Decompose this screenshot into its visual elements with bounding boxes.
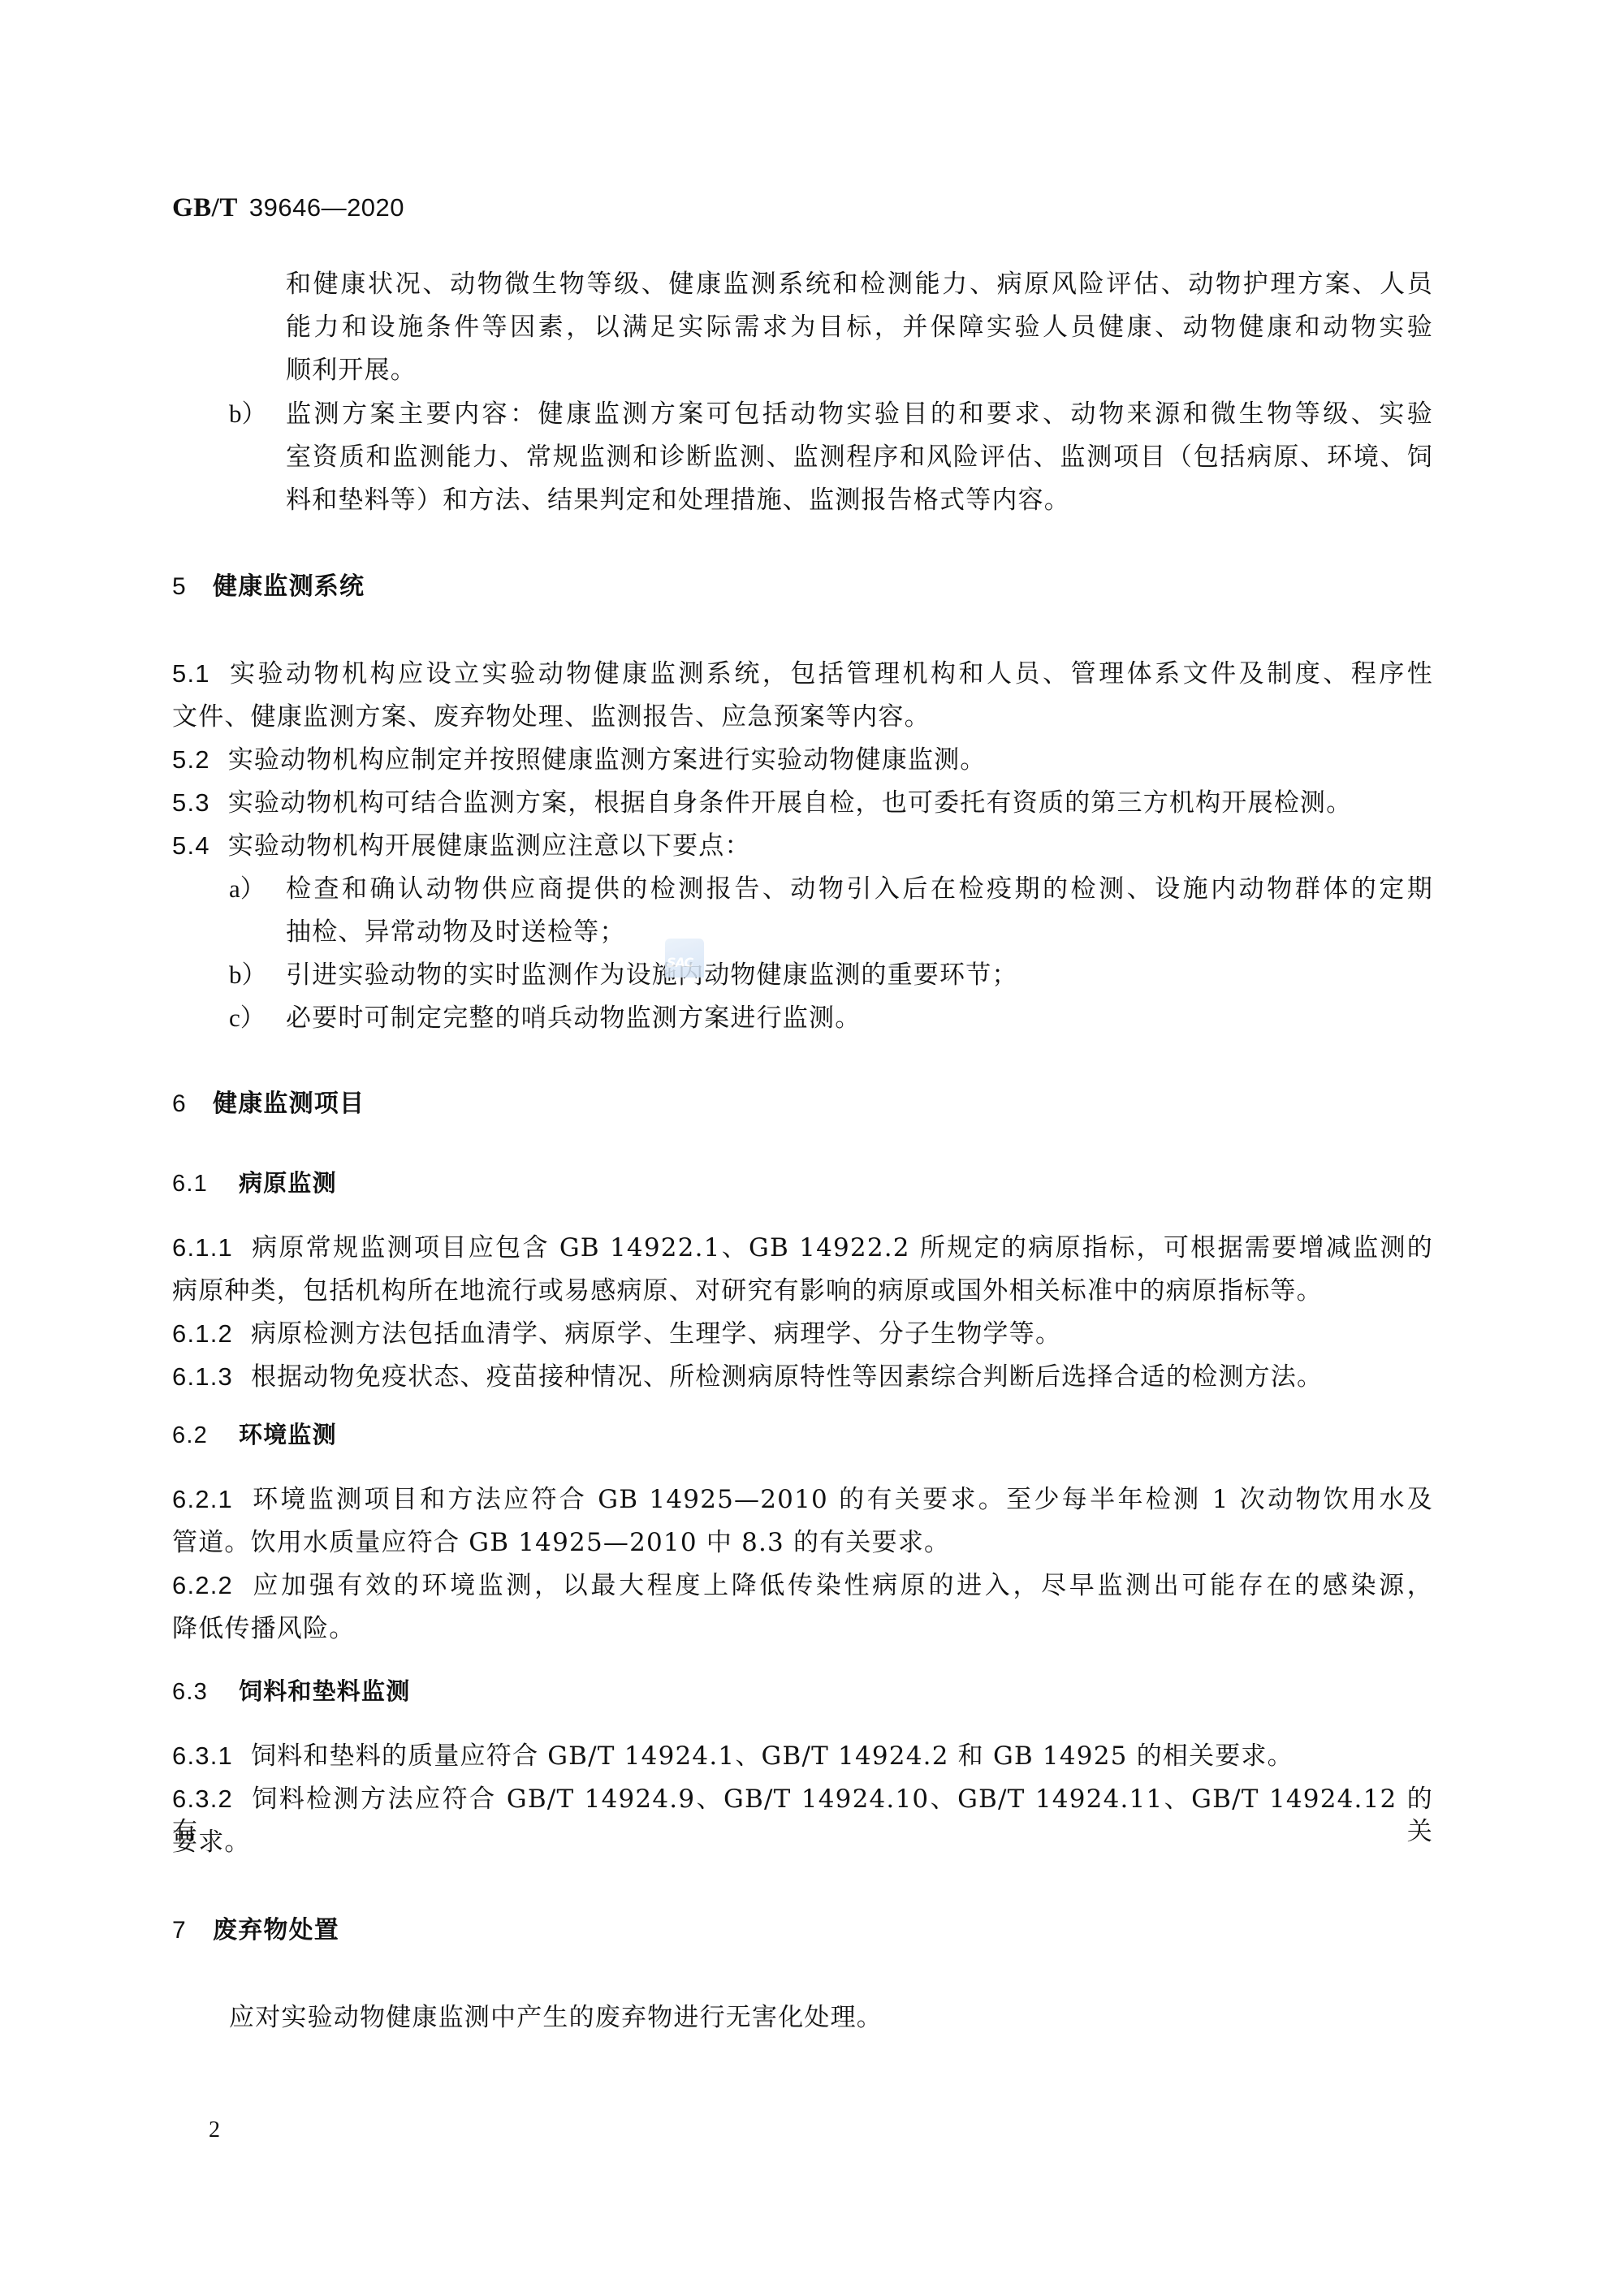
clause-number: 6.2.1 [172, 1483, 233, 1516]
clause-number: 6.3.1 [172, 1740, 233, 1772]
clause-6-1-1: 6.1.1病原常规监测项目应包含 GB 14922.1、GB 14922.2 所… [172, 1232, 1433, 1264]
clause-text: 饲料检测方法应符合 GB/T 14924.9、GB/T 14924.10、GB/… [172, 1785, 1433, 1846]
clause-text: 应加强有效的环境监测，以最大程度上降低传染性病原的进入，尽早监测出可能存在的感染… [251, 1571, 1433, 1600]
section-title: 健康监测项目 [213, 1090, 365, 1118]
section-title: 健康监测系统 [213, 572, 365, 601]
clause-number: 5.1 [172, 658, 210, 690]
clause-text: 病原常规监测项目应包含 GB 14922.1、GB 14922.2 所规定的病原… [251, 1233, 1433, 1262]
list-item-line: 检查和确认动物供应商提供的检测报告、动物引入后在检疫期的检测、设施内动物群体的定… [286, 873, 1433, 905]
list-item-line: 室资质和监测能力、常规监测和诊断监测、监测程序和风险评估、监测项目（包括病原、环… [286, 441, 1433, 473]
subsection-heading-6-1: 6.1病原监测 [172, 1167, 337, 1200]
subsection-title: 病原监测 [239, 1169, 337, 1197]
subsection-title: 环境监测 [239, 1421, 337, 1448]
subsection-number: 6.3 [172, 1676, 239, 1708]
list-marker: c） [229, 1002, 266, 1034]
list-item-line: 抽检、异常动物及时送检等； [286, 916, 626, 948]
clause-6-2-2: 6.2.2应加强有效的环境监测，以最大程度上降低传染性病原的进入，尽早监测出可能… [172, 1569, 1433, 1602]
clause-text: 根据动物免疫状态、疫苗接种情况、所检测病原特性等因素综合判断后选择合适的检测方法… [251, 1362, 1323, 1392]
section-number: 7 [172, 1914, 213, 1947]
clause-6-2-2-cont: 降低传播风险。 [172, 1612, 355, 1645]
list-item-line: 引进实验动物的实时监测作为设施内动物健康监测的重要环节； [286, 959, 1018, 991]
subsection-heading-6-3: 6.3饲料和垫料监测 [172, 1675, 410, 1708]
clause-text: 饲料和垫料的质量应符合 GB/T 14924.1、GB/T 14924.2 和 … [251, 1741, 1294, 1771]
continuation-line: 顺利开展。 [286, 354, 417, 386]
clause-text: 病原检测方法包括血清学、病原学、生理学、病理学、分子生物学等。 [251, 1319, 1061, 1349]
clause-number: 6.3.2 [172, 1783, 233, 1815]
clause-6-2-1: 6.2.1环境监测项目和方法应符合 GB 14925—2010 的有关要求。至少… [172, 1483, 1433, 1516]
clause-6-2-1-cont: 管道。饮用水质量应符合 GB 14925—2010 中 8.3 的有关要求。 [172, 1526, 950, 1559]
section-number: 6 [172, 1088, 213, 1120]
clause-5-3: 5.3实验动物机构可结合监测方案，根据自身条件开展自检，也可委托有资质的第三方机… [172, 787, 1352, 819]
clause-text: 环境监测项目和方法应符合 GB 14925—2010 的有关要求。至少每半年检测… [251, 1485, 1433, 1514]
document-page: GB/T39646—2020 和健康状况、动物微生物等级、健康监测系统和检测能力… [0, 0, 1624, 2296]
subsection-heading-6-2: 6.2环境监测 [172, 1418, 337, 1452]
clause-text: 实验动物机构可结合监测方案，根据自身条件开展自检，也可委托有资质的第三方机构开展… [228, 788, 1353, 818]
clause-number: 5.4 [172, 830, 210, 862]
standard-prefix: GB/T [172, 193, 238, 222]
clause-number: 6.1.2 [172, 1318, 233, 1350]
watermark-logo: SAC [665, 939, 704, 978]
list-item-line: 监测方案主要内容：健康监测方案可包括动物实验目的和要求、动物来源和微生物等级、实… [286, 398, 1433, 430]
clause-5-4: 5.4实验动物机构开展健康监测应注意以下要点： [172, 830, 751, 862]
clause-6-1-2: 6.1.2病原检测方法包括血清学、病原学、生理学、病理学、分子生物学等。 [172, 1318, 1061, 1350]
section-title: 废弃物处置 [213, 1916, 339, 1944]
list-item-line: 料和垫料等）和方法、结果判定和处理措施、监测报告格式等内容。 [286, 484, 1070, 516]
standard-number: 39646—2020 [249, 193, 404, 222]
standard-header: GB/T39646—2020 [172, 193, 404, 223]
page-number: 2 [209, 2117, 220, 2143]
section-heading-6: 6健康监测项目 [172, 1088, 365, 1120]
list-marker: b） [229, 398, 267, 430]
clause-5-2: 5.2实验动物机构应制定并按照健康监测方案进行实验动物健康监测。 [172, 744, 987, 776]
clause-number: 5.3 [172, 787, 210, 819]
section-heading-5: 5健康监测系统 [172, 571, 365, 603]
clause-6-1-3: 6.1.3根据动物免疫状态、疫苗接种情况、所检测病原特性等因素综合判断后选择合适… [172, 1361, 1323, 1393]
list-marker: b） [229, 959, 267, 991]
continuation-line: 和健康状况、动物微生物等级、健康监测系统和检测能力、病原风险评估、动物护理方案、… [286, 268, 1433, 300]
clause-6-3-2-cont: 要求。 [172, 1826, 251, 1858]
continuation-line: 能力和设施条件等因素，以满足实际需求为目标，并保障实验人员健康、动物健康和动物实… [286, 311, 1433, 343]
subsection-title: 饲料和垫料监测 [239, 1677, 410, 1705]
section-heading-7: 7废弃物处置 [172, 1914, 339, 1947]
section-7-body: 应对实验动物健康监测中产生的废弃物进行无害化处理。 [229, 2001, 883, 2034]
clause-6-3-1: 6.3.1饲料和垫料的质量应符合 GB/T 14924.1、GB/T 14924… [172, 1740, 1294, 1772]
section-number: 5 [172, 571, 213, 603]
clause-number: 5.2 [172, 744, 210, 776]
clause-6-1-1-cont: 病原种类，包括机构所在地流行或易感病原、对研究有影响的病原或国外相关标准中的病原… [172, 1275, 1323, 1307]
subsection-number: 6.2 [172, 1419, 239, 1452]
clause-number: 6.1.3 [172, 1361, 233, 1393]
clause-6-3-2: 6.3.2饲料检测方法应符合 GB/T 14924.9、GB/T 14924.1… [172, 1783, 1433, 1848]
list-marker: a） [229, 873, 266, 905]
clause-text: 实验动物机构应制定并按照健康监测方案进行实验动物健康监测。 [228, 745, 987, 775]
clause-text: 实验动物机构开展健康监测应注意以下要点： [228, 831, 751, 861]
clause-5-1: 5.1实验动物机构应设立实验动物健康监测系统，包括管理机构和人员、管理体系文件及… [172, 658, 1433, 690]
clause-text: 实验动物机构应设立实验动物健康监测系统，包括管理机构和人员、管理体系文件及制度、… [228, 659, 1433, 688]
clause-number: 6.2.2 [172, 1569, 233, 1602]
clause-number: 6.1.1 [172, 1232, 233, 1264]
subsection-number: 6.1 [172, 1167, 239, 1200]
list-item-line: 必要时可制定完整的哨兵动物监测方案进行监测。 [286, 1002, 861, 1034]
clause-5-1-cont: 文件、健康监测方案、废弃物处理、监测报告、应急预案等内容。 [172, 701, 931, 733]
